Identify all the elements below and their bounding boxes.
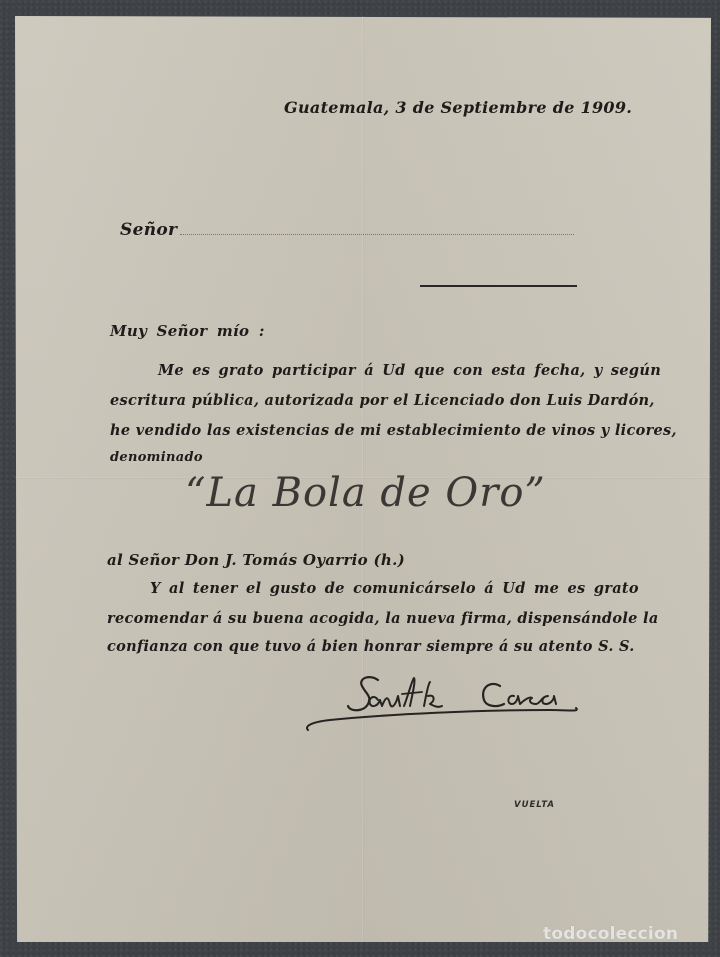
- paragraph-2-line-3: confianza con que tuvo á bien honrar sie…: [107, 638, 635, 655]
- buyer-line: al Señor Don J. Tomás Oyarrio (h.): [107, 551, 405, 569]
- recipient-label: Señor: [120, 220, 177, 240]
- turn-over-note: VUELTA: [514, 800, 555, 810]
- paragraph-1-line-4: denominado: [110, 450, 203, 465]
- place-date-line: Guatemala, 3 de Septiembre de 1909.: [284, 98, 632, 117]
- paragraph-2-line-2: recomendar á su buena acogida, la nueva …: [107, 610, 659, 627]
- handwritten-signature: Saúl Casa: [300, 666, 590, 746]
- recipient-address-line: [420, 285, 577, 287]
- paragraph-1-line-3: he vendido las existencias de mi estable…: [110, 422, 677, 439]
- paragraph-1-line-2: escritura pública, autorizada por el Lic…: [110, 392, 655, 409]
- business-name-heading: “La Bola de Oro”: [185, 470, 546, 516]
- recipient-name-dotted-line: [180, 234, 574, 235]
- watermark-text: todocoleccion: [543, 924, 678, 944]
- paragraph-2-line-1: Y al tener el gusto de comunicárselo á U…: [150, 580, 639, 597]
- paragraph-1-line-1: Me es grato participar á Ud que con esta…: [158, 362, 661, 379]
- salutation: Muy Señor mío :: [110, 322, 265, 340]
